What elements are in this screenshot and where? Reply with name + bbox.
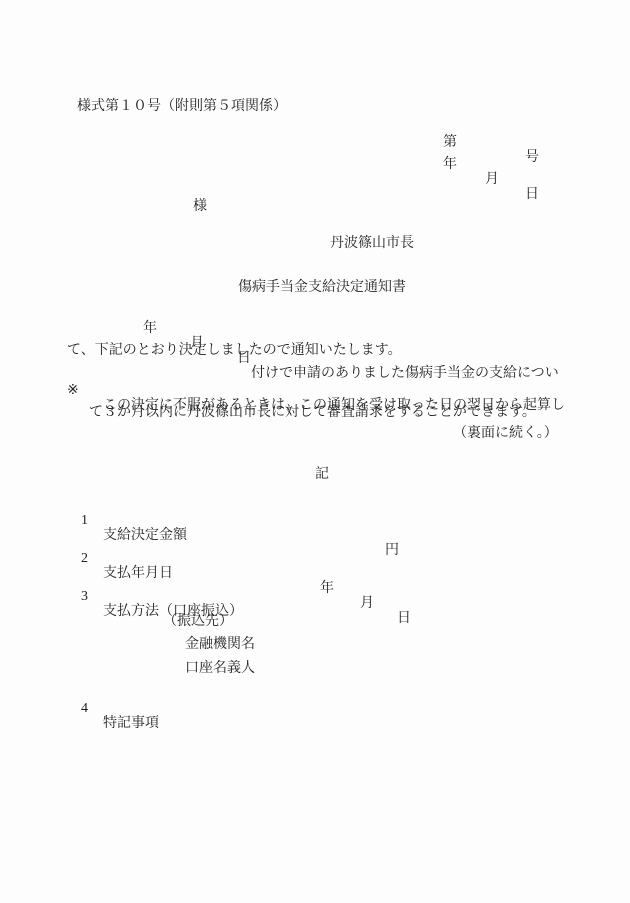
- document-title: 傷病手当金支給決定通知書: [238, 280, 406, 295]
- sender-name: 丹波篠山市長: [330, 236, 414, 251]
- item4-line: 4 特記事項: [0, 686, 630, 746]
- item3-holder-label: 口座名義人: [185, 661, 255, 676]
- item3-holder-line: 口座名義人: [0, 646, 630, 691]
- item4-label: 特記事項: [103, 716, 159, 731]
- sender-line: 丹波篠山市長: [0, 221, 630, 266]
- item2-number: 2: [81, 551, 88, 566]
- body-paragraph-line2: て、下記のとおり決定しましたので通知いたします。: [0, 328, 630, 373]
- item1-number: 1: [81, 513, 88, 528]
- form-number-label: 様式第１０号（附則第５項関係）: [77, 99, 287, 114]
- continuation-note-line: （裏面に続く。）: [0, 411, 630, 456]
- item4-number: 4: [81, 701, 88, 716]
- continuation-note: （裏面に続く。）: [453, 426, 558, 441]
- record-marker-line: 記: [0, 452, 630, 497]
- recipient-honorific: 様: [193, 199, 207, 214]
- record-marker: 記: [315, 467, 329, 482]
- issue-date-year-label: 年: [443, 157, 457, 172]
- notification-document-page: 様式第１０号（附則第５項関係） 第 号 年 月 日 様 丹波篠山市長 傷病手当金…: [0, 0, 630, 903]
- body-line2-text: て、下記のとおり決定しましたので通知いたします。: [67, 343, 402, 358]
- document-title-line: 傷病手当金支給決定通知書: [0, 265, 630, 310]
